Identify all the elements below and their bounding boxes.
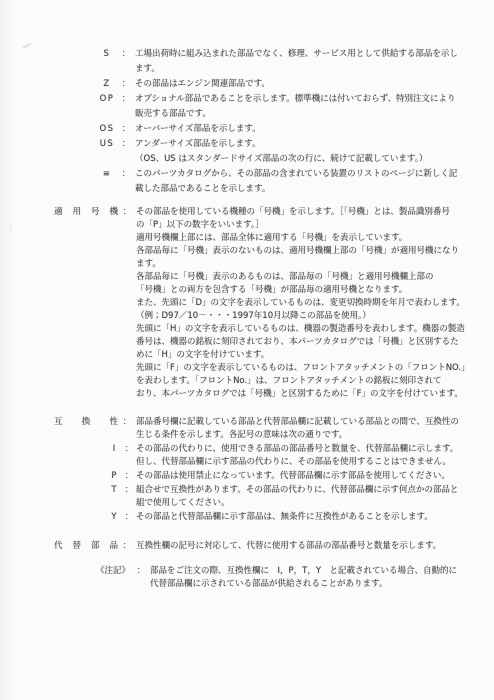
legend-colon: ： — [117, 167, 135, 182]
legend-colon: ： — [117, 47, 135, 62]
scanned-document-page: S ： 工場出荷時に組み込まれた部品でなく、修理、サービス用として供給する部品を… — [0, 0, 494, 700]
compat-code: T — [106, 484, 122, 497]
section-body: 互換性欄の記号に対応して、代替に使用する部品の部品番号と数量を示します。 — [136, 540, 480, 553]
paragraph: 先頭に「F」の文字を表示しているものは、フロントアタッチメントの「フロントNO.… — [136, 362, 480, 401]
section-heading: 代替部品 — [54, 540, 118, 553]
page-content: S ： 工場出荷時に組み込まれた部品でなく、修理、サービス用として供給する部品を… — [0, 47, 494, 591]
compat-code: I — [106, 443, 122, 456]
compatibility-item: Y ： その部品と代替部品欄に示す部品は、無条件に互換性があることを示します。 — [106, 511, 494, 524]
paragraph: 適用号機欄上部には、部品全体に適用する「号機」を表示しています。 — [136, 232, 480, 245]
legend-text: アンダーサイズ部品を示します。 — [135, 137, 479, 152]
section-applicable-serial: 適用号機 ： その部品を使用している機種の「号機」を示します。［「号機」とは、製… — [54, 206, 494, 401]
legend-item: （OS、US はスタンダードサイズ部品の次の行に、続けて記載しています。） — [97, 152, 494, 167]
legend-text: その部品はエンジン関連部品です。 — [135, 77, 479, 92]
compat-colon: ： — [122, 511, 136, 524]
legend-text: オーバーサイズ部品を示します。 — [135, 122, 479, 137]
legend-item: OS ： オーバーサイズ部品を示します。 — [97, 122, 494, 137]
section-heading: 互換性 — [54, 416, 118, 429]
new-part-mark: ≡ — [97, 167, 117, 182]
paragraph: 部品番号欄に記載している部品と代替部品欄に記載している部品との間で、互換性の 生… — [136, 416, 480, 442]
compat-text: その部品の代わりに、使用できる部品の部品番号と数量を、代替部品欄に示します。 但… — [136, 443, 480, 469]
legend-code: OS — [97, 122, 117, 137]
compat-code: P — [106, 470, 122, 483]
section-alternative-parts: 代替部品 ： 互換性欄の記号に対応して、代替に使用する部品の部品番号と数量を示し… — [54, 540, 494, 553]
legend-code: S — [97, 47, 117, 62]
legend-item: Z ： その部品はエンジン関連部品です。 — [97, 77, 494, 92]
compatibility-item: P ： その部品は使用禁止になっています。代替部品欄に示す部品を使用してください… — [106, 470, 494, 483]
legend-item: ≡ ： このパーツカタログから、その部品の含まれている装置のリストのページに新し… — [97, 167, 494, 197]
note-label: 《注記》 — [96, 565, 132, 578]
section-body: 部品番号欄に記載している部品と代替部品欄に記載している部品との間で、互換性の 生… — [136, 416, 480, 442]
compat-text: その部品は使用禁止になっています。代替部品欄に示す部品を使用してください。 — [136, 470, 480, 483]
paragraph: 各部品毎に「号機」表示のないものは、適用号機欄上部の「号機」が適用号機になり ま… — [136, 245, 480, 271]
paragraph: また、先頭に「D」の文字を表示しているものは、変更切換時期を年月で表わします。 … — [136, 297, 480, 323]
legend-colon: ： — [117, 92, 135, 107]
paragraph: 各部品毎に「号機」表示のあるものは、部品毎の「号機」と適用号機欄上部の 「号機」… — [136, 271, 480, 297]
section-heading: 適用号機 — [54, 206, 118, 219]
legend-code: Z — [97, 77, 117, 92]
legend-colon: ： — [117, 137, 135, 152]
compatibility-item: I ： その部品の代わりに、使用できる部品の部品番号と数量を、代替部品欄に示しま… — [106, 443, 494, 469]
compatibility-item: T ： 組合せで互換性があります。その部品の代わりに、代替部品欄に示す何点かの部… — [106, 484, 494, 510]
note-colon: ： — [132, 565, 150, 578]
legend-text: （OS、US はスタンダードサイズ部品の次の行に、続けて記載しています。） — [135, 152, 479, 167]
legend-text: このパーツカタログから、その部品の含まれている装置のリストのページに新しく記 載… — [135, 167, 479, 197]
section-colon: ： — [118, 416, 136, 429]
legend-code: OP — [97, 92, 117, 107]
section-colon: ： — [118, 540, 136, 553]
compat-colon: ： — [122, 443, 136, 456]
legend-item: US ： アンダーサイズ部品を示します。 — [97, 137, 494, 152]
paragraph: その部品を使用している機種の「号機」を示します。［「号機」とは、製品識別番号 の… — [136, 206, 480, 232]
symbol-legend: S ： 工場出荷時に組み込まれた部品でなく、修理、サービス用として供給する部品を… — [0, 47, 494, 197]
compat-text: その部品と代替部品欄に示す部品は、無条件に互換性があることを示します。 — [136, 511, 480, 524]
legend-text: 工場出荷時に組み込まれた部品でなく、修理、サービス用として供給する部品を示し ま… — [135, 47, 479, 77]
legend-item: S ： 工場出荷時に組み込まれた部品でなく、修理、サービス用として供給する部品を… — [97, 47, 494, 77]
section-colon: ： — [118, 206, 136, 219]
legend-colon: ： — [117, 77, 135, 92]
note: 《注記》 ： 部品をご注文の際、互換性欄に I，P，T，Y と記載されている場合… — [96, 565, 494, 591]
legend-text: オプショナル部品であることを示します。標準機には付いておらず、特別注文により 販… — [135, 92, 479, 122]
legend-colon: ： — [117, 122, 135, 137]
paragraph: 先頭に「H」の文字を表示しているものは、機器の製造番号を表わします。機器の製造 … — [136, 323, 480, 362]
paragraph: 互換性欄の記号に対応して、代替に使用する部品の部品番号と数量を示します。 — [136, 540, 480, 553]
section-compatibility: 互換性 ： 部品番号欄に記載している部品と代替部品欄に記載している部品との間で、… — [54, 416, 494, 442]
legend-code: US — [97, 137, 117, 152]
compat-colon: ： — [122, 470, 136, 483]
legend-item: OP ： オプショナル部品であることを示します。標準機には付いておらず、特別注文… — [97, 92, 494, 122]
section-body: その部品を使用している機種の「号機」を示します。［「号機」とは、製品識別番号 の… — [136, 206, 480, 401]
compat-text: 組合せで互換性があります。その部品の代わりに、代替部品欄に示す何点かの部品と 組… — [136, 484, 480, 510]
note-text: 部品をご注文の際、互換性欄に I，P，T，Y と記載されている場合、自動的に 代… — [150, 565, 470, 591]
compat-colon: ： — [122, 484, 136, 497]
compat-code: Y — [106, 511, 122, 524]
